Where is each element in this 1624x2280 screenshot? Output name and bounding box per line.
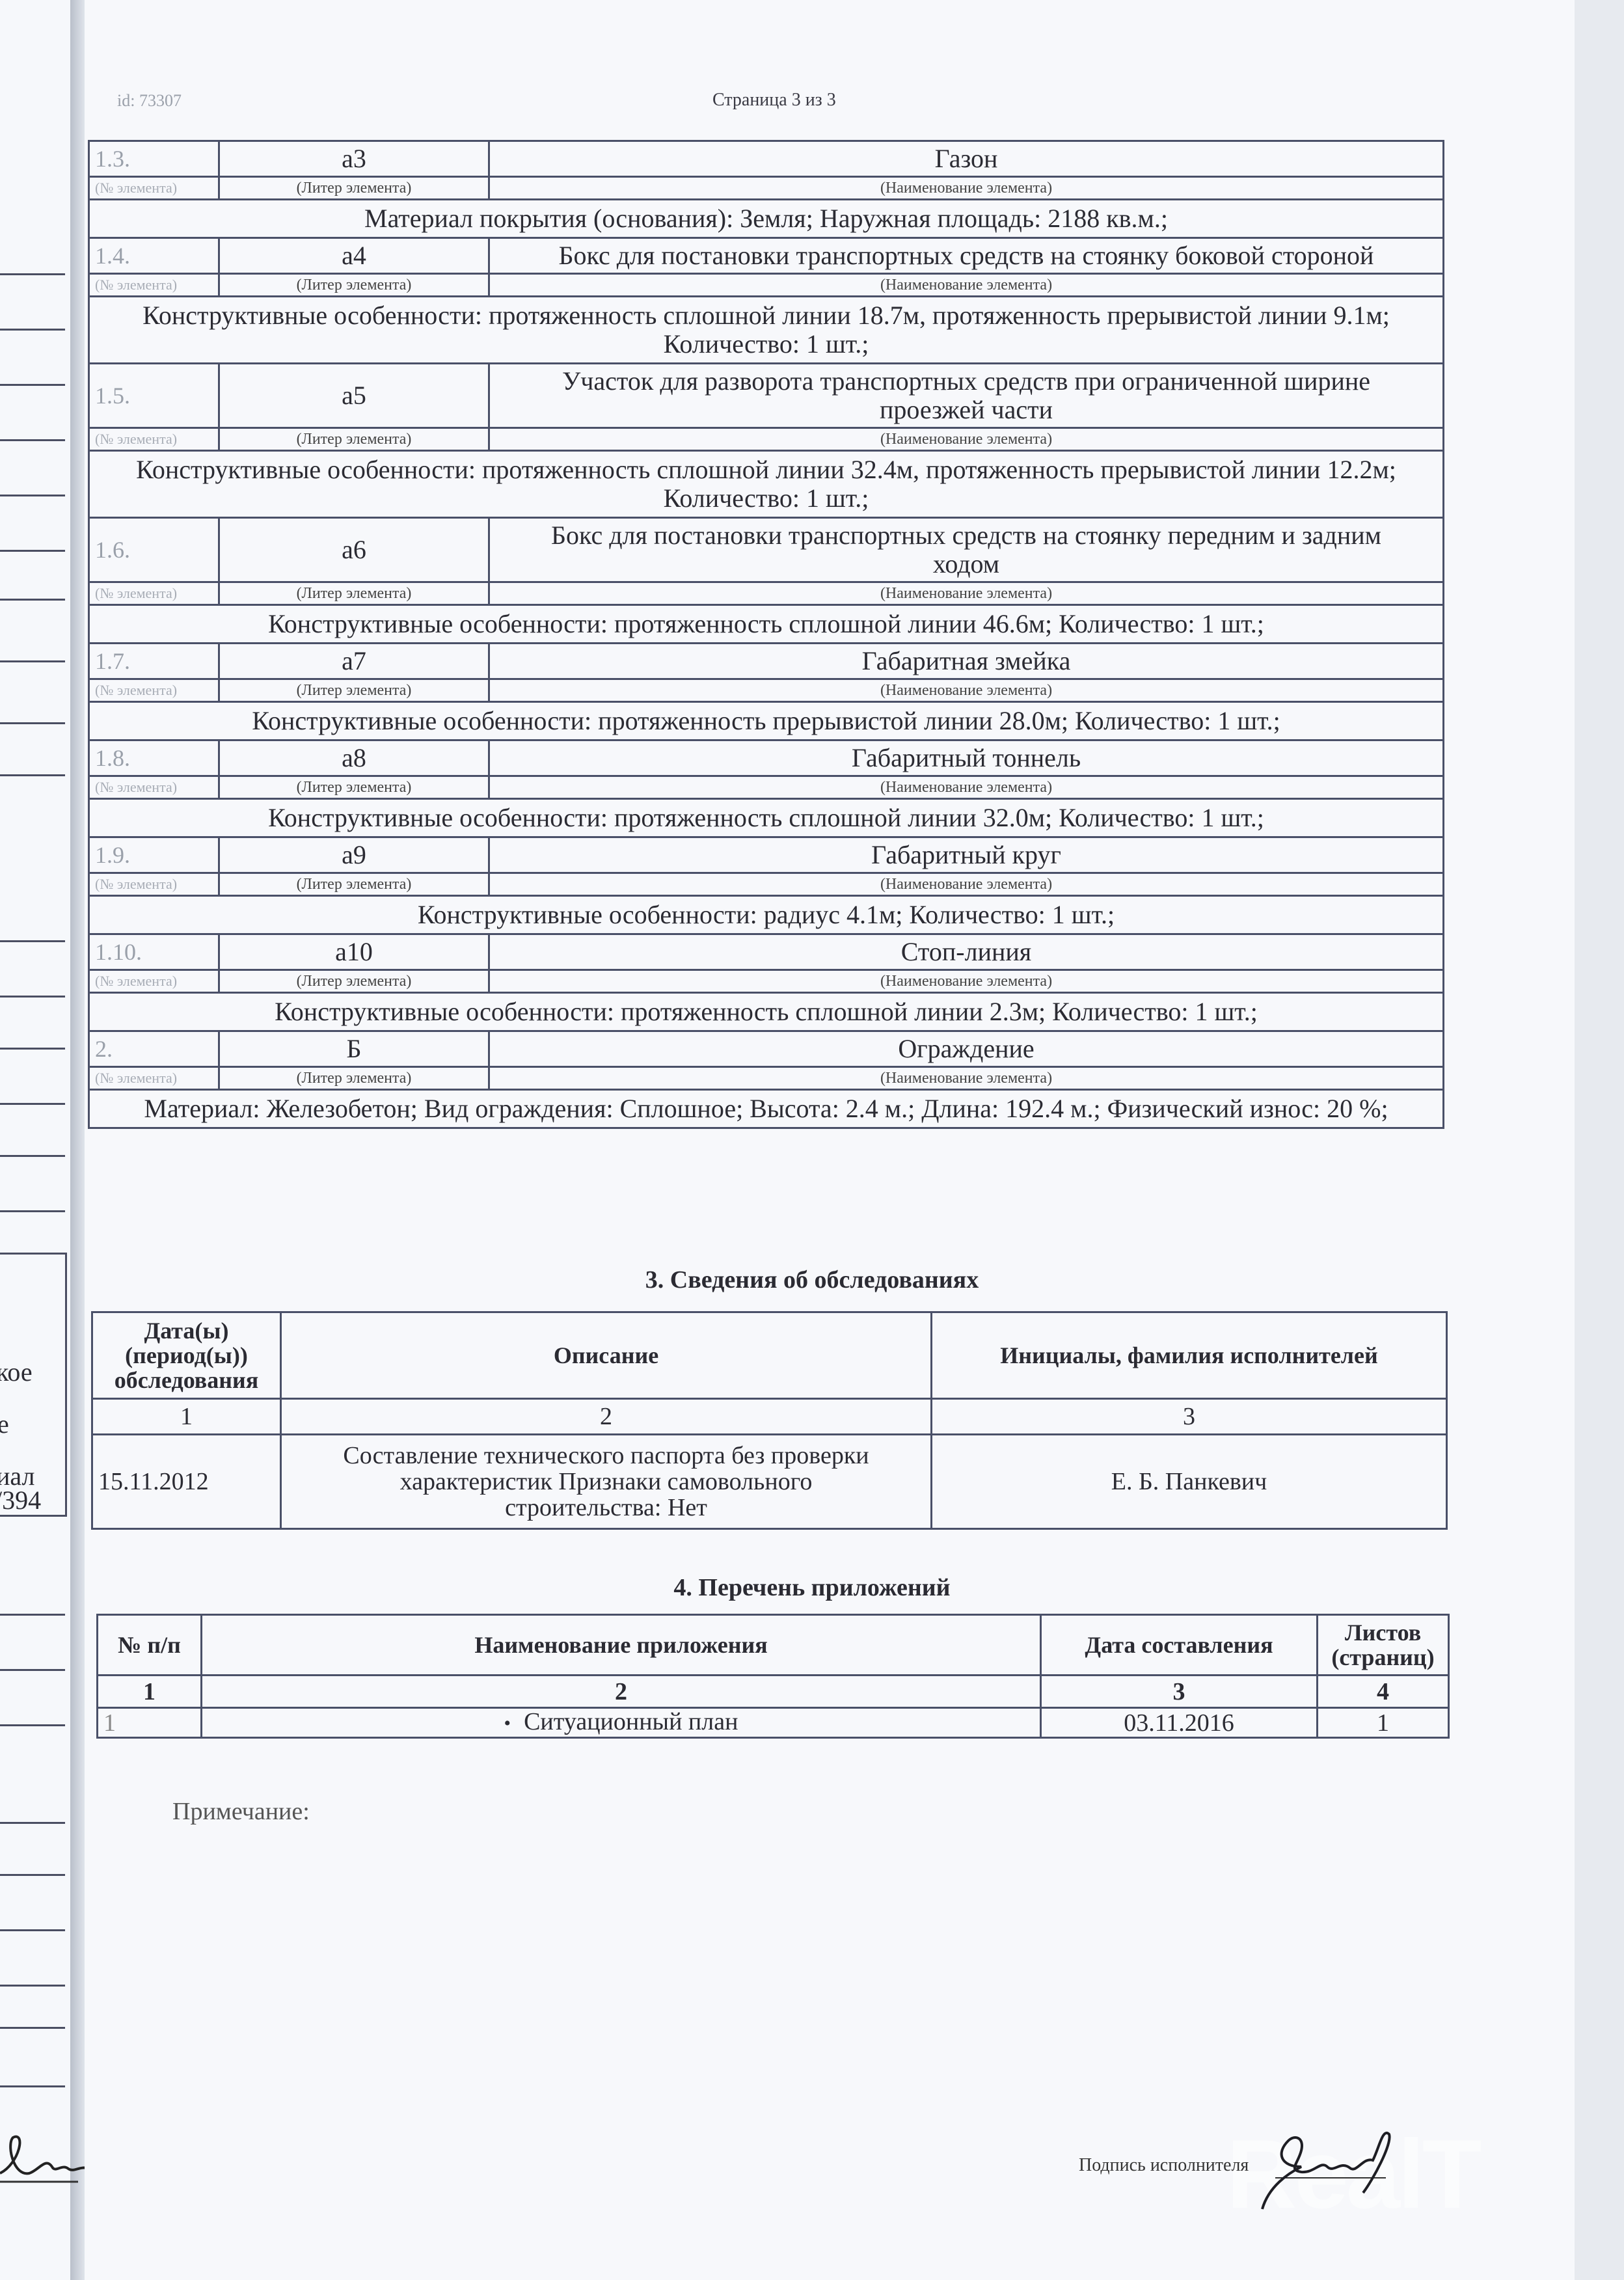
element-description: Конструктивные особенности: протяженност…: [89, 702, 1444, 740]
table-row: 1 •Ситуационный план 03.11.2016 1: [98, 1708, 1449, 1738]
element-number: 1.9.: [89, 837, 219, 873]
caption-element-number: (№ элемента): [89, 582, 219, 605]
attachment-name-cell: •Ситуационный план: [202, 1708, 1041, 1738]
attachments-header-name: Наименование приложения: [202, 1615, 1041, 1676]
element-row: 1.6.a6Бокс для постановки транспортных с…: [89, 518, 1444, 582]
column-number: 3: [932, 1399, 1447, 1435]
column-number: 4: [1318, 1676, 1449, 1708]
element-description-row: Конструктивные особенности: протяженност…: [89, 799, 1444, 837]
element-number: 1.6.: [89, 518, 219, 582]
attachment-sheets: 1: [1318, 1708, 1449, 1738]
back-page-fragment: /394: [0, 1485, 41, 1515]
caption-element-name: (Наименование элемента): [489, 1067, 1444, 1090]
caption-element-letter: (Литер элемента): [219, 873, 489, 896]
element-description-row: Конструктивные особенности: протяженност…: [89, 702, 1444, 740]
caption-element-name: (Наименование элемента): [489, 873, 1444, 896]
caption-element-name: (Наименование элемента): [489, 679, 1444, 702]
element-letter: a3: [219, 141, 489, 177]
element-row: 1.10.a10Стоп-линия: [89, 934, 1444, 970]
element-description-row: Материал покрытия (основания): Земля; На…: [89, 200, 1444, 238]
surveys-header-executor: Инициалы, фамилия исполнителей: [932, 1312, 1447, 1399]
element-caption-row: (№ элемента)(Литер элемента)(Наименовани…: [89, 970, 1444, 993]
caption-element-letter: (Литер элемента): [219, 970, 489, 993]
element-name: Стоп-линия: [489, 934, 1444, 970]
element-caption-row: (№ элемента)(Литер элемента)(Наименовани…: [89, 679, 1444, 702]
attachments-header-sheets: Листов (страниц): [1318, 1615, 1449, 1676]
element-name: Ограждение: [489, 1031, 1444, 1067]
element-name: Бокс для постановки транспортных средств…: [489, 518, 1444, 582]
element-description: Материал покрытия (основания): Земля; На…: [89, 200, 1444, 238]
caption-element-name: (Наименование элемента): [489, 177, 1444, 200]
element-description: Конструктивные особенности: протяженност…: [89, 605, 1444, 644]
element-number: 1.8.: [89, 740, 219, 776]
elements-table: 1.3.a3Газон(№ элемента)(Литер элемента)(…: [88, 140, 1444, 1129]
caption-element-number: (№ элемента): [89, 776, 219, 799]
caption-element-name: (Наименование элемента): [489, 428, 1444, 451]
previous-page-edge: кое е иал /394: [0, 0, 79, 2280]
caption-element-letter: (Литер элемента): [219, 177, 489, 200]
element-letter: Б: [219, 1031, 489, 1067]
attachments-table: № п/п Наименование приложения Дата соста…: [96, 1614, 1450, 1739]
bullet-icon: •: [504, 1713, 511, 1734]
element-letter: a8: [219, 740, 489, 776]
element-description: Конструктивные особенности: протяженност…: [89, 799, 1444, 837]
signature-label: Подпись исполнителя: [1079, 2155, 1249, 2176]
caption-element-number: (№ элемента): [89, 177, 219, 200]
caption-element-number: (№ элемента): [89, 1067, 219, 1090]
element-caption-row: (№ элемента)(Литер элемента)(Наименовани…: [89, 177, 1444, 200]
element-letter: a4: [219, 238, 489, 274]
caption-element-name: (Наименование элемента): [489, 970, 1444, 993]
element-name: Газон: [489, 141, 1444, 177]
element-letter: a9: [219, 837, 489, 873]
element-letter: a5: [219, 364, 489, 428]
table-row: 15.11.2012 Составление технического пасп…: [92, 1435, 1447, 1529]
element-number: 1.10.: [89, 934, 219, 970]
document-id: id: 73307: [117, 91, 182, 111]
caption-element-number: (№ элемента): [89, 873, 219, 896]
back-page-fragment: кое: [0, 1357, 33, 1387]
element-description-row: Конструктивные особенности: протяженност…: [89, 993, 1444, 1031]
signature-fragment: [0, 2118, 98, 2196]
element-letter: a7: [219, 644, 489, 679]
surveys-header-date: Дата(ы) (период(ы)) обследования: [92, 1312, 281, 1399]
caption-element-letter: (Литер элемента): [219, 428, 489, 451]
surveys-table: Дата(ы) (период(ы)) обследования Описани…: [91, 1311, 1448, 1530]
element-number: 1.4.: [89, 238, 219, 274]
attachment-name: Ситуационный план: [524, 1708, 738, 1735]
element-number: 1.5.: [89, 364, 219, 428]
element-letter: a6: [219, 518, 489, 582]
note-label: Примечание:: [172, 1797, 310, 1826]
element-row: 1.8.a8Габаритный тоннель: [89, 740, 1444, 776]
signature-icon: [1243, 2115, 1412, 2212]
element-row: 1.7.a7Габаритная змейка: [89, 644, 1444, 679]
element-description-row: Конструктивные особенности: протяженност…: [89, 605, 1444, 644]
survey-description: Составление технического паспорта без пр…: [281, 1435, 932, 1529]
element-caption-row: (№ элемента)(Литер элемента)(Наименовани…: [89, 428, 1444, 451]
element-description-row: Конструктивные особенности: протяженност…: [89, 451, 1444, 518]
column-number: 3: [1041, 1676, 1318, 1708]
element-number: 1.3.: [89, 141, 219, 177]
element-description-row: Конструктивные особенности: радиус 4.1м;…: [89, 896, 1444, 934]
surveys-header-description: Описание: [281, 1312, 932, 1399]
column-number: 1: [92, 1399, 281, 1435]
attachment-date: 03.11.2016: [1041, 1708, 1318, 1738]
survey-date: 15.11.2012: [92, 1435, 281, 1529]
caption-element-letter: (Литер элемента): [219, 776, 489, 799]
page-indicator: Страница 3 из 3: [712, 90, 836, 111]
back-page-fragment: е: [0, 1409, 9, 1439]
section-attachments-title: 4. Перечень приложений: [0, 1573, 1624, 1602]
caption-element-letter: (Литер элемента): [219, 274, 489, 297]
caption-element-letter: (Литер элемента): [219, 1067, 489, 1090]
element-caption-row: (№ элемента)(Литер элемента)(Наименовани…: [89, 873, 1444, 896]
page-edge-right: [1575, 0, 1624, 2280]
column-number: 2: [281, 1399, 932, 1435]
element-row: 2.БОграждение: [89, 1031, 1444, 1067]
element-name: Габаритный круг: [489, 837, 1444, 873]
caption-element-name: (Наименование элемента): [489, 776, 1444, 799]
element-caption-row: (№ элемента)(Литер элемента)(Наименовани…: [89, 582, 1444, 605]
element-number: 1.7.: [89, 644, 219, 679]
attachments-header-date: Дата составления: [1041, 1615, 1318, 1676]
element-description: Материал: Железобетон; Вид ограждения: С…: [89, 1090, 1444, 1128]
element-caption-row: (№ элемента)(Литер элемента)(Наименовани…: [89, 776, 1444, 799]
column-number: 2: [202, 1676, 1041, 1708]
caption-element-letter: (Литер элемента): [219, 582, 489, 605]
element-description: Конструктивные особенности: радиус 4.1м;…: [89, 896, 1444, 934]
element-row: 1.4.a4Бокс для постановки транспортных с…: [89, 238, 1444, 274]
section-surveys-title: 3. Сведения об обследованиях: [0, 1266, 1624, 1294]
element-name: Участок для разворота транспортных средс…: [489, 364, 1444, 428]
element-description-row: Материал: Железобетон; Вид ограждения: С…: [89, 1090, 1444, 1128]
attachment-index: 1: [98, 1708, 202, 1738]
element-number: 2.: [89, 1031, 219, 1067]
element-name: Габаритная змейка: [489, 644, 1444, 679]
caption-element-letter: (Литер элемента): [219, 679, 489, 702]
element-description: Конструктивные особенности: протяженност…: [89, 993, 1444, 1031]
element-name: Габаритный тоннель: [489, 740, 1444, 776]
element-caption-row: (№ элемента)(Литер элемента)(Наименовани…: [89, 1067, 1444, 1090]
survey-executor: Е. Б. Панкевич: [932, 1435, 1447, 1529]
element-row: 1.3.a3Газон: [89, 141, 1444, 177]
caption-element-name: (Наименование элемента): [489, 274, 1444, 297]
column-number: 1: [98, 1676, 202, 1708]
caption-element-number: (№ элемента): [89, 428, 219, 451]
element-description: Конструктивные особенности: протяженност…: [89, 451, 1444, 518]
element-row: 1.5.a5Участок для разворота транспортных…: [89, 364, 1444, 428]
element-description: Конструктивные особенности: протяженност…: [89, 297, 1444, 364]
caption-element-name: (Наименование элемента): [489, 582, 1444, 605]
element-letter: a10: [219, 934, 489, 970]
caption-element-number: (№ элемента): [89, 274, 219, 297]
element-caption-row: (№ элемента)(Литер элемента)(Наименовани…: [89, 274, 1444, 297]
caption-element-number: (№ элемента): [89, 970, 219, 993]
caption-element-number: (№ элемента): [89, 679, 219, 702]
element-row: 1.9.a9Габаритный круг: [89, 837, 1444, 873]
element-description-row: Конструктивные особенности: протяженност…: [89, 297, 1444, 364]
element-name: Бокс для постановки транспортных средств…: [489, 238, 1444, 274]
attachments-header-index: № п/п: [98, 1615, 202, 1676]
